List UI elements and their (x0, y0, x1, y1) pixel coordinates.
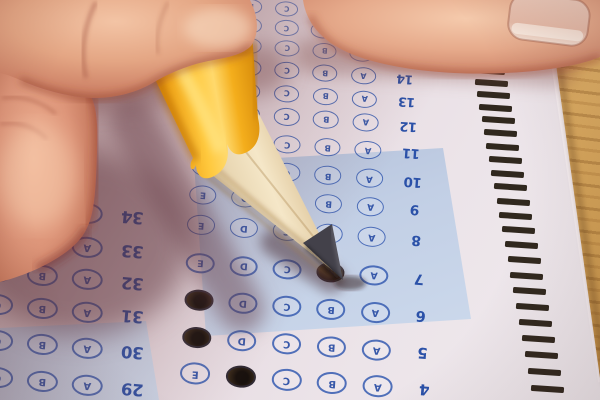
timing-mark (502, 226, 535, 234)
timing-mark (505, 241, 538, 249)
timing-mark (489, 156, 522, 164)
timing-mark (479, 103, 512, 111)
timing-mark (484, 129, 517, 137)
timing-mark (486, 142, 519, 150)
timing-mark (507, 256, 540, 264)
timing-mark (513, 287, 546, 295)
timing-mark (466, 32, 499, 40)
timing-mark (516, 303, 549, 311)
timing-mark (519, 319, 552, 327)
photo-stage: ABCDEABCDE15ABCDE14ABCDE13ABCDE12ABCDE11… (0, 0, 600, 400)
timing-mark (525, 351, 558, 359)
timing-mark (464, 21, 497, 29)
timing-mark (491, 169, 524, 177)
timing-mark (531, 385, 564, 393)
timing-mark (499, 212, 532, 220)
timing-mark (477, 91, 510, 99)
timing-mark (510, 271, 543, 279)
timing-mark (494, 183, 527, 191)
timing-mark (522, 335, 555, 343)
timing-mark (497, 197, 530, 205)
timing-mark (528, 368, 561, 376)
timing-mark (481, 116, 514, 124)
